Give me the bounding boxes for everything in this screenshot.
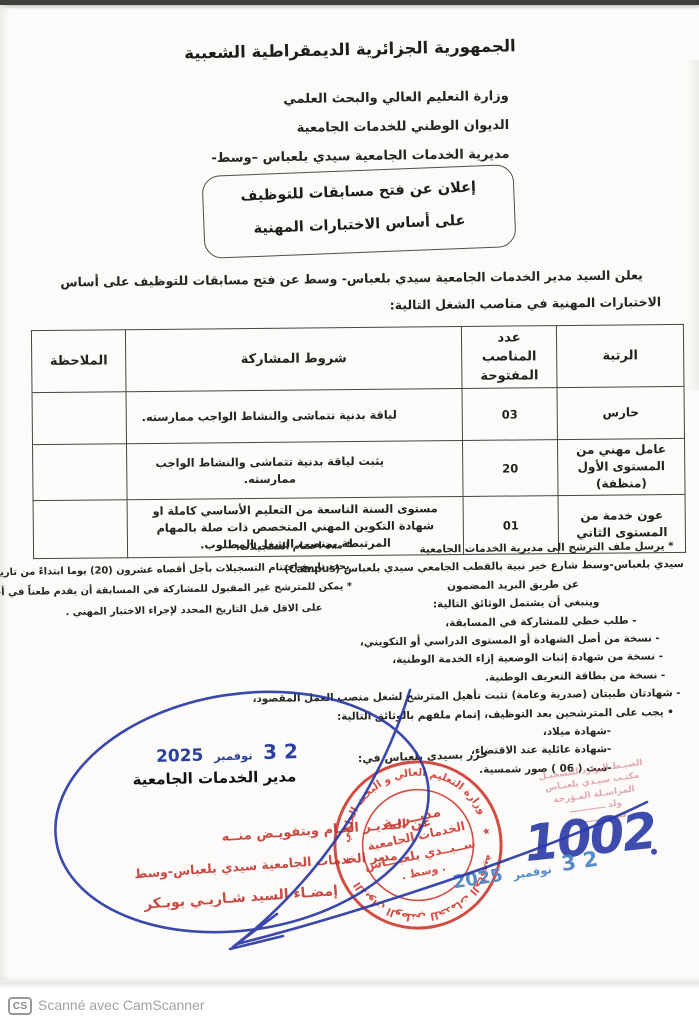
- conditions-cell: لياقة بدنية تتماشى والنشاط الواجب ممارست…: [126, 389, 462, 444]
- announcement-box: إعلان عن فتح مسابقات للتوظيف على أساس ال…: [202, 164, 517, 259]
- pen-signature: [25, 652, 675, 982]
- positions-cell: 20: [462, 440, 558, 497]
- header-conditions: شروط المشاركة: [125, 327, 462, 392]
- table-row: عامل مهني من المستوى الأول (منظفة) 20 يث…: [33, 438, 686, 500]
- office-line: الديوان الوطني للخدمات الجامعية: [211, 111, 510, 144]
- rank-text: عون خدمة من المستوى الثاني: [565, 506, 679, 541]
- note-cell: [33, 444, 128, 501]
- header-positions: عدد المناصب المفتوحة: [461, 326, 557, 389]
- scan-right-shading: [685, 60, 699, 390]
- positions-table: الرتبة عدد المناصب المفتوحة شروط المشارك…: [31, 324, 686, 559]
- org-header-block: وزارة التعليم العالي والبحث العلمي الديو…: [210, 82, 509, 173]
- scan-top-edge: [0, 0, 699, 5]
- scanned-document-page: الجمهورية الجزائرية الديمقراطية الشعبية …: [0, 0, 699, 1024]
- header-note: الملاحظة: [31, 330, 126, 393]
- scan-left-shading: [0, 5, 9, 980]
- header-rank: الرتبة: [556, 324, 684, 387]
- camscanner-watermark: Scanné avec CamScanner: [38, 997, 205, 1013]
- rank-text: حارس: [564, 404, 678, 422]
- rank-cell: عامل مهني من المستوى الأول (منظفة): [557, 438, 685, 495]
- camscanner-icon: CS: [8, 997, 32, 1015]
- intro-paragraph: يعلن السيد مدير الخدمات الجامعية سيدي بل…: [30, 261, 662, 323]
- header-positions-line1: عدد المناصب: [468, 328, 550, 367]
- republic-title: الجمهورية الجزائرية الديمقراطية الشعبية: [150, 35, 550, 63]
- note-cell: [32, 392, 126, 445]
- conditions-cell: يثبت لياقة بدنية تتماشى والنشاط الواجب م…: [127, 441, 464, 500]
- rank-cell: حارس: [557, 386, 684, 439]
- rank-text-line2: (منظفة): [564, 475, 678, 493]
- table-row: حارس 03 لياقة بدنية تتماشى والنشاط الواج…: [32, 386, 684, 444]
- rank-text: عامل مهني من المستوى الأول: [564, 441, 678, 476]
- ministry-line: وزارة التعليم العالي والبحث العلمي: [210, 82, 509, 115]
- positions-cell: 03: [462, 388, 557, 441]
- registration-notes-block: * مدة اختتام التسجيلات: يحدد تاريخ اختتا…: [0, 536, 353, 626]
- header-positions-line2: المفتوحة: [468, 366, 550, 386]
- paper-bottom-shadow: [0, 976, 699, 988]
- table-header-row: الرتبة عدد المناصب المفتوحة شروط المشارك…: [31, 324, 684, 392]
